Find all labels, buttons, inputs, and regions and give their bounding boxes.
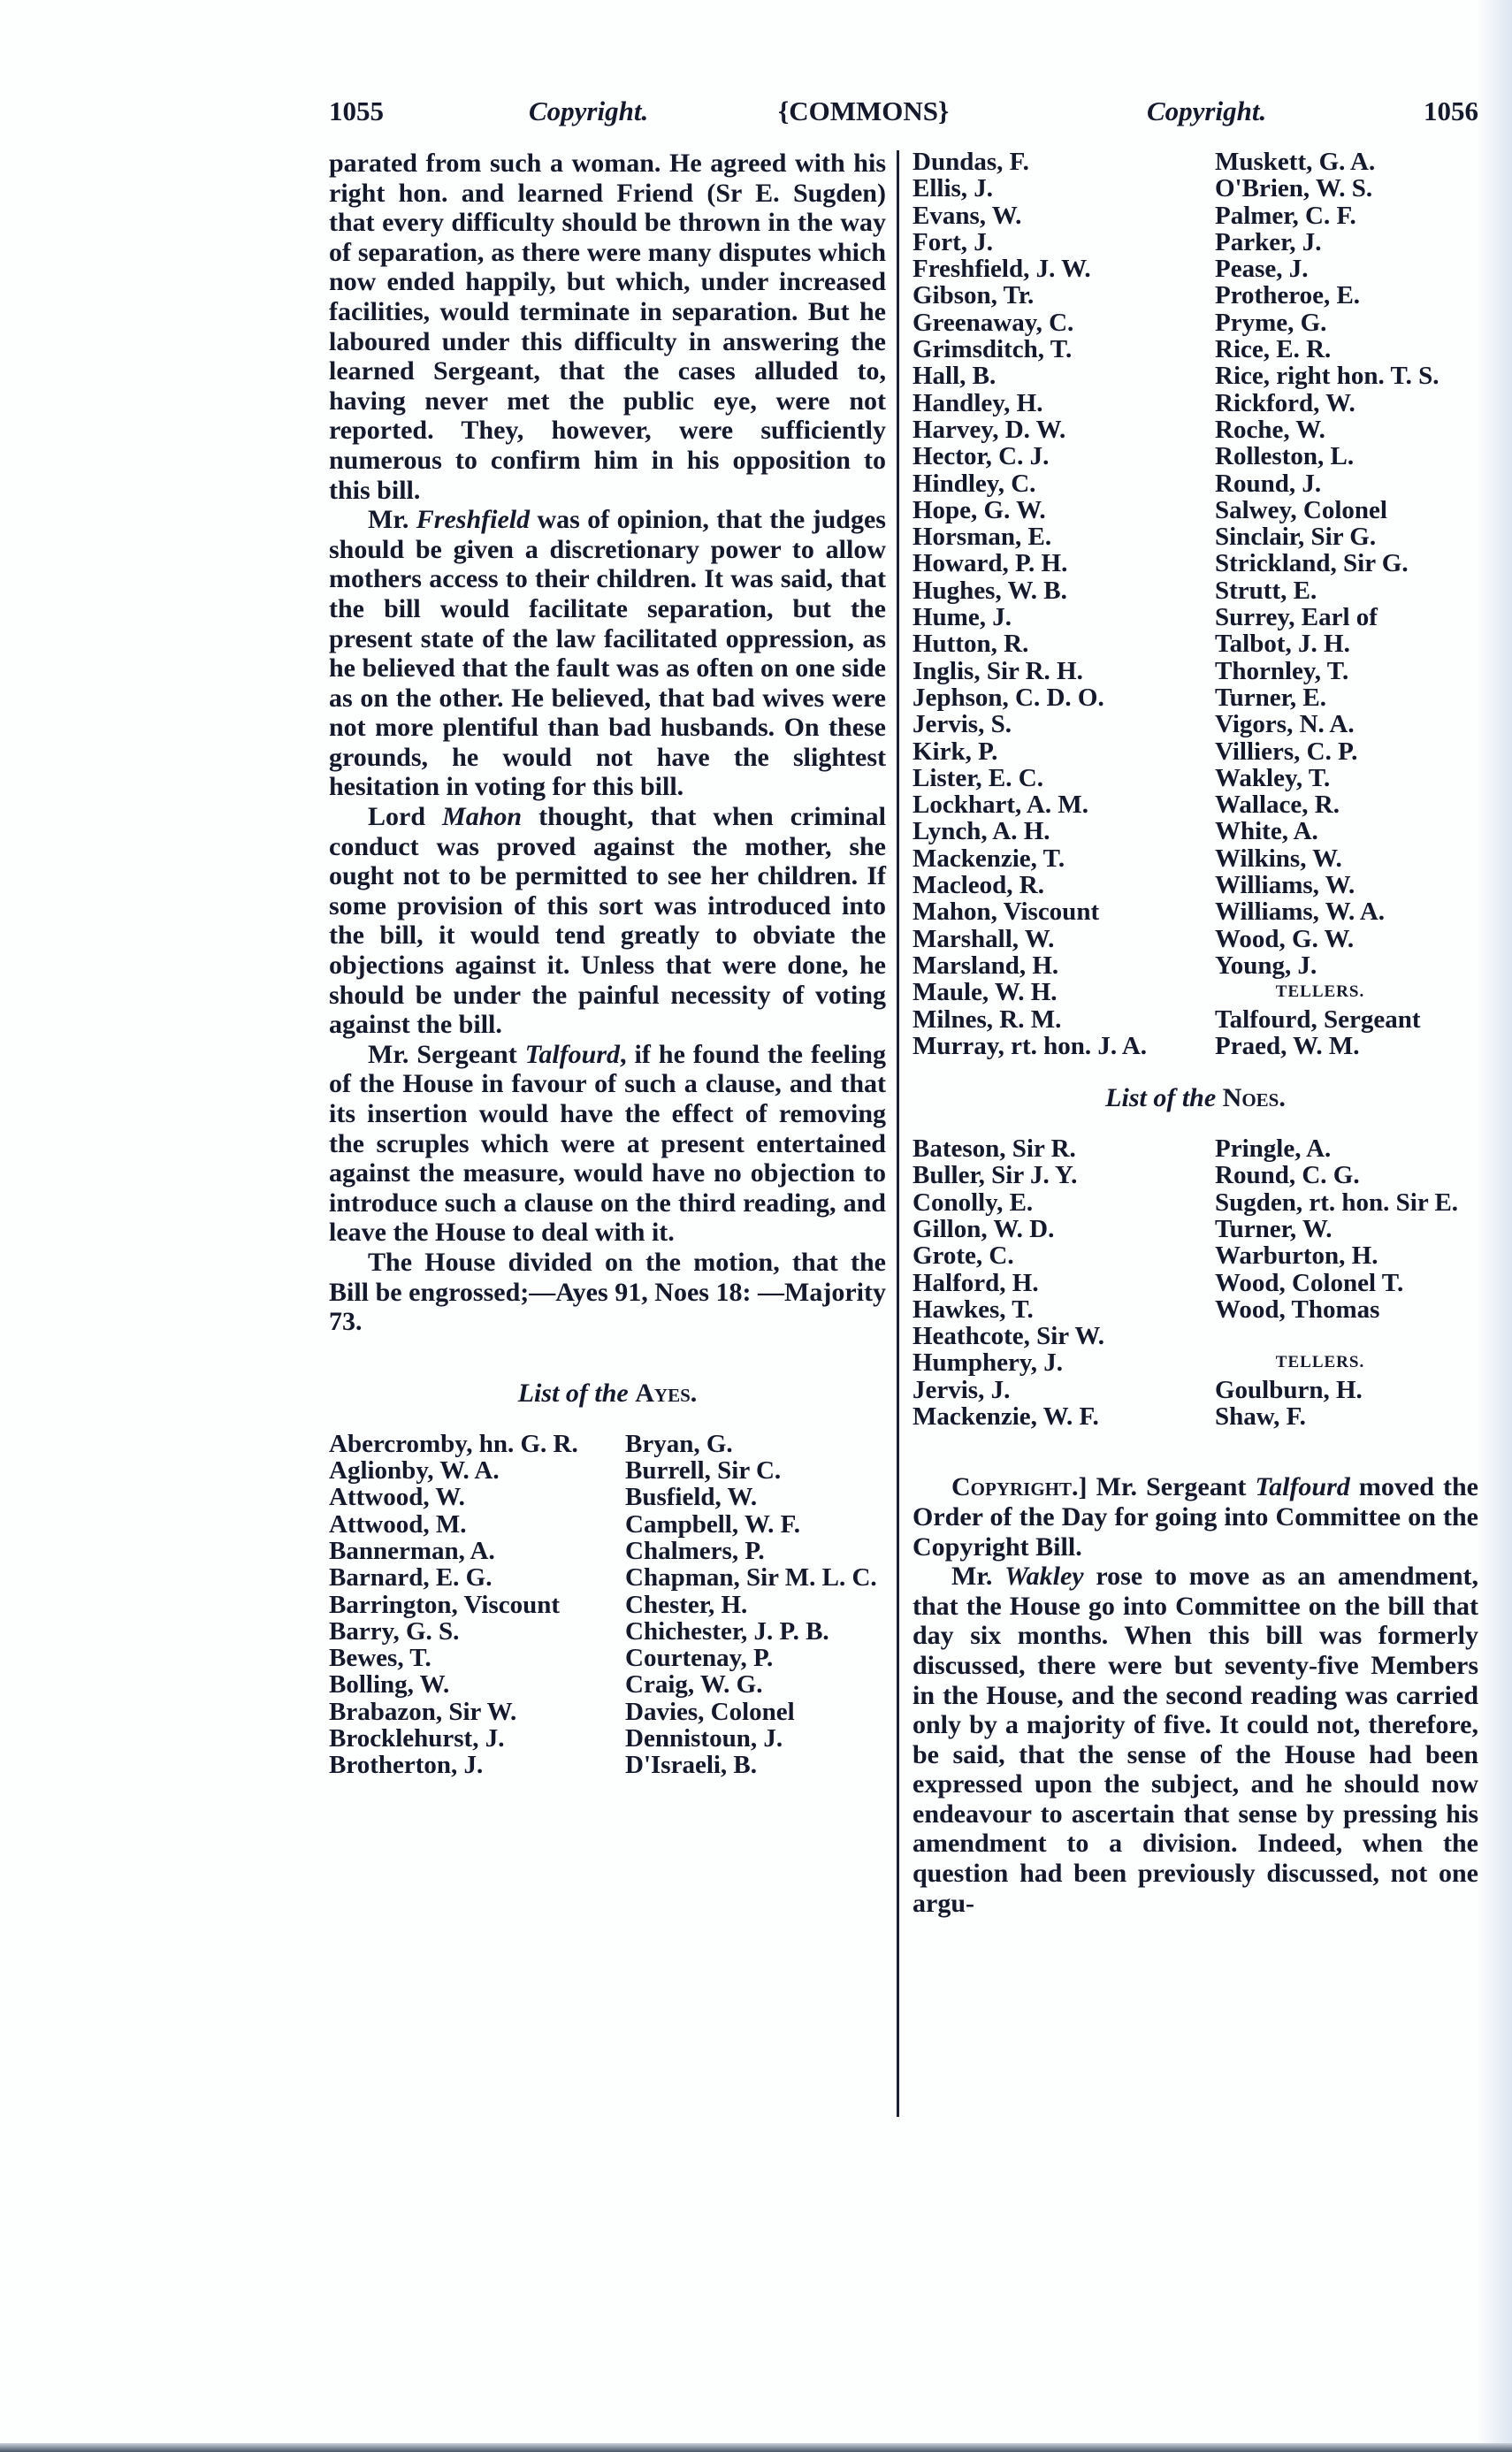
- member-name: Hutton, R.: [913, 630, 1215, 657]
- member-name: Brabazon, Sir W.: [329, 1699, 625, 1725]
- member-name: Grote, C.: [913, 1242, 1215, 1269]
- member-name: Wallace, R.: [1215, 791, 1478, 818]
- running-header: 1055 Copyright. {COMMONS} Copyright. 105…: [329, 95, 1489, 134]
- member-name: Chester, H.: [625, 1592, 886, 1618]
- house-title: {COMMONS}: [778, 95, 949, 127]
- member-name: Turner, W.: [1215, 1216, 1478, 1242]
- copyright-debate-text: Copyright.] Mr. Sergeant Talfourd moved …: [913, 1472, 1478, 1918]
- right-running-title: Copyright.: [1147, 95, 1266, 127]
- paragraph: Lord Mahon thought, that when criminal c…: [329, 802, 886, 1040]
- left-page-number: 1055: [329, 95, 384, 127]
- member-name: Courtenay, P.: [625, 1645, 886, 1671]
- member-name: Chapman, Sir M. L. C.: [625, 1564, 886, 1591]
- member-name: Pringle, A.: [1215, 1135, 1478, 1162]
- member-name: Craig, W. G.: [625, 1671, 886, 1698]
- member-name: Busfield, W.: [625, 1484, 886, 1510]
- member-name: Sinclair, Sir G.: [1215, 523, 1478, 550]
- member-name: [1215, 1323, 1478, 1349]
- member-name: Burrell, Sir C.: [625, 1457, 886, 1484]
- member-name: Muskett, G. A.: [1215, 149, 1478, 175]
- ayes-list-part-1: Abercromby, hn. G. R.Bryan, G.Aglionby, …: [329, 1431, 886, 1779]
- member-name: O'Brien, W. S.: [1215, 175, 1478, 202]
- member-name: Wood, Colonel T.: [1215, 1270, 1478, 1296]
- member-name: Harvey, D. W.: [913, 416, 1215, 443]
- member-name: Inglis, Sir R. H.: [913, 658, 1215, 684]
- paragraph: The House divided on the motion, that th…: [329, 1248, 886, 1337]
- member-name: Palmer, C. F.: [1215, 202, 1478, 229]
- member-name: Chichester, J. P. B.: [625, 1618, 886, 1645]
- right-page-number: 1056: [1424, 95, 1478, 127]
- member-name: Attwood, M.: [329, 1511, 625, 1538]
- member-name: Gillon, W. D.: [913, 1216, 1215, 1242]
- member-name: Horsman, E.: [913, 523, 1215, 550]
- member-name: Mackenzie, W. F.: [913, 1403, 1215, 1430]
- member-name: Hector, C. J.: [913, 443, 1215, 470]
- tellers-label: TELLERS.: [1215, 979, 1478, 1005]
- noes-list: Bateson, Sir R.Pringle, A.Buller, Sir J.…: [913, 1135, 1478, 1430]
- member-name: Praed, W. M.: [1215, 1033, 1478, 1059]
- member-name: Campbell, W. F.: [625, 1511, 886, 1538]
- member-name: Greenaway, C.: [913, 309, 1215, 336]
- member-name: Bewes, T.: [329, 1645, 625, 1671]
- member-name: Hope, G. W.: [913, 497, 1215, 523]
- member-name: Halford, H.: [913, 1270, 1215, 1296]
- column-divider: [897, 150, 899, 2117]
- member-name: Evans, W.: [913, 202, 1215, 229]
- member-name: Milnes, R. M.: [913, 1006, 1215, 1033]
- member-name: Rickford, W.: [1215, 390, 1478, 416]
- paragraph: Copyright.] Mr. Sergeant Talfourd moved …: [913, 1472, 1478, 1562]
- paragraph: Mr. Freshfield was of opinion, that the …: [329, 505, 886, 802]
- member-name: Mackenzie, T.: [913, 845, 1215, 872]
- left-column: parated from such a woman. He agreed wit…: [329, 149, 886, 1779]
- member-name: Williams, W. A.: [1215, 898, 1478, 925]
- member-name: Hughes, W. B.: [913, 577, 1215, 604]
- member-name: Heathcote, Sir W.: [913, 1323, 1215, 1349]
- member-name: Murray, rt. hon. J. A.: [913, 1033, 1215, 1059]
- member-name: Davies, Colonel: [625, 1699, 886, 1725]
- member-name: Rice, E. R.: [1215, 336, 1478, 363]
- member-name: Freshfield, J. W.: [913, 256, 1215, 282]
- member-name: Round, J.: [1215, 470, 1478, 497]
- ayes-heading: List of the Ayes.: [329, 1376, 886, 1411]
- member-name: Dennistoun, J.: [625, 1725, 886, 1752]
- member-name: Bolling, W.: [329, 1671, 625, 1698]
- member-name: Thornley, T.: [1215, 658, 1478, 684]
- member-name: Aglionby, W. A.: [329, 1457, 625, 1484]
- member-name: Conolly, E.: [913, 1189, 1215, 1216]
- member-name: Wood, G. W.: [1215, 926, 1478, 952]
- member-name: Bateson, Sir R.: [913, 1135, 1215, 1162]
- member-name: Lister, E. C.: [913, 765, 1215, 791]
- member-name: Shaw, F.: [1215, 1403, 1478, 1430]
- member-name: Wakley, T.: [1215, 765, 1478, 791]
- member-name: Wood, Thomas: [1215, 1296, 1478, 1323]
- member-name: Surrey, Earl of: [1215, 604, 1478, 630]
- member-name: Barry, G. S.: [329, 1618, 625, 1645]
- member-name: Chalmers, P.: [625, 1538, 886, 1564]
- ayes-list-part-2: Dundas, F.Muskett, G. A.Ellis, J.O'Brien…: [913, 149, 1478, 1059]
- member-name: Wilkins, W.: [1215, 845, 1478, 872]
- member-name: Protheroe, E.: [1215, 282, 1478, 309]
- member-name: Pryme, G.: [1215, 309, 1478, 336]
- member-name: Round, C. G.: [1215, 1162, 1478, 1188]
- member-name: Mahon, Viscount: [913, 898, 1215, 925]
- member-name: Dundas, F.: [913, 149, 1215, 175]
- member-name: Bryan, G.: [625, 1431, 886, 1457]
- member-name: Marshall, W.: [913, 926, 1215, 952]
- member-name: Ellis, J.: [913, 175, 1215, 202]
- member-name: Jervis, J.: [913, 1377, 1215, 1403]
- member-name: Young, J.: [1215, 952, 1478, 979]
- member-name: Warburton, H.: [1215, 1242, 1478, 1269]
- member-name: Salwey, Colonel: [1215, 497, 1478, 523]
- member-name: White, A.: [1215, 818, 1478, 844]
- member-name: Strickland, Sir G.: [1215, 550, 1478, 577]
- member-name: Williams, W.: [1215, 872, 1478, 898]
- member-name: Pease, J.: [1215, 256, 1478, 282]
- member-name: Hume, J.: [913, 604, 1215, 630]
- member-name: Hindley, C.: [913, 470, 1215, 497]
- member-name: Abercromby, hn. G. R.: [329, 1431, 625, 1457]
- member-name: Handley, H.: [913, 390, 1215, 416]
- member-name: Howard, P. H.: [913, 550, 1215, 577]
- member-name: Hall, B.: [913, 363, 1215, 389]
- member-name: Brotherton, J.: [329, 1752, 625, 1778]
- member-name: Turner, E.: [1215, 684, 1478, 711]
- member-name: Talfourd, Sergeant: [1215, 1006, 1478, 1033]
- member-name: Buller, Sir J. Y.: [913, 1162, 1215, 1188]
- scan-bottom-edge: [0, 2443, 1512, 2452]
- paragraph: Mr. Sergeant Talfourd, if he found the f…: [329, 1040, 886, 1248]
- tellers-label: TELLERS.: [1215, 1349, 1478, 1376]
- member-name: Lynch, A. H.: [913, 818, 1215, 844]
- left-running-title: Copyright.: [529, 95, 648, 127]
- member-name: Jervis, S.: [913, 711, 1215, 737]
- left-debate-text: parated from such a woman. He agreed wit…: [329, 149, 886, 1337]
- member-name: Parker, J.: [1215, 229, 1478, 256]
- right-column: Dundas, F.Muskett, G. A.Ellis, J.O'Brien…: [913, 149, 1478, 1918]
- member-name: Kirk, P.: [913, 738, 1215, 765]
- member-name: Roche, W.: [1215, 416, 1478, 443]
- member-name: Bannerman, A.: [329, 1538, 625, 1564]
- member-name: Maule, W. H.: [913, 979, 1215, 1005]
- member-name: Humphery, J.: [913, 1349, 1215, 1376]
- member-name: Rolleston, L.: [1215, 443, 1478, 470]
- member-name: Grimsditch, T.: [913, 336, 1215, 363]
- member-name: Sugden, rt. hon. Sir E.: [1215, 1189, 1478, 1216]
- member-name: Barnard, E. G.: [329, 1564, 625, 1591]
- member-name: D'Israeli, B.: [625, 1752, 886, 1778]
- member-name: Lockhart, A. M.: [913, 791, 1215, 818]
- member-name: Talbot, J. H.: [1215, 630, 1478, 657]
- paragraph: parated from such a woman. He agreed wit…: [329, 149, 886, 505]
- member-name: Marsland, H.: [913, 952, 1215, 979]
- member-name: Jephson, C. D. O.: [913, 684, 1215, 711]
- member-name: Hawkes, T.: [913, 1296, 1215, 1323]
- member-name: Vigors, N. A.: [1215, 711, 1478, 737]
- page-edge-shadow: [1477, 0, 1512, 2452]
- member-name: Barrington, Viscount: [329, 1592, 625, 1618]
- paragraph: Mr. Wakley rose to move as an amendment,…: [913, 1562, 1478, 1918]
- member-name: Macleod, R.: [913, 872, 1215, 898]
- member-name: Fort, J.: [913, 229, 1215, 256]
- member-name: Goulburn, H.: [1215, 1377, 1478, 1403]
- member-name: Villiers, C. P.: [1215, 738, 1478, 765]
- member-name: Gibson, Tr.: [913, 282, 1215, 309]
- member-name: Strutt, E.: [1215, 577, 1478, 604]
- member-name: Brocklehurst, J.: [329, 1725, 625, 1752]
- member-name: Attwood, W.: [329, 1484, 625, 1510]
- noes-heading: List of the Noes.: [913, 1081, 1478, 1116]
- member-name: Rice, right hon. T. S.: [1215, 363, 1478, 389]
